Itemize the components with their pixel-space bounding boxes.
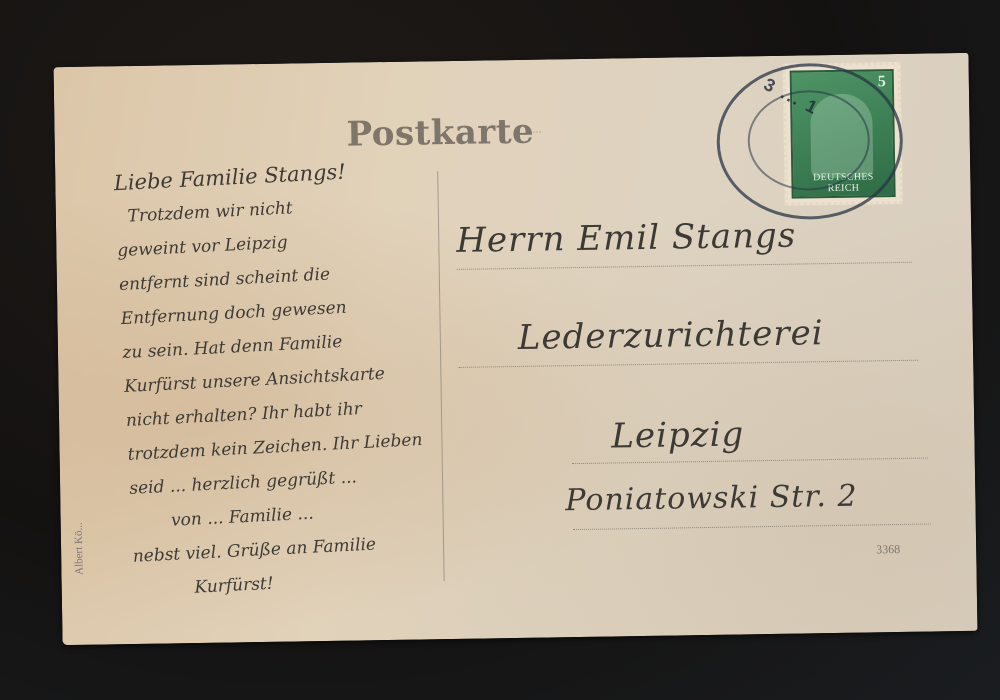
address-line-4 — [573, 523, 931, 530]
address-city: Leipzig — [611, 414, 745, 456]
serial-number: 3368 — [876, 542, 900, 557]
postcard-title: Postkarte — [346, 112, 534, 155]
address-line-2 — [458, 360, 918, 368]
handwritten-message: Liebe Familie Stangs! Trotzdem wir nicht… — [113, 151, 430, 607]
message-address-divider — [437, 171, 444, 581]
address-recipient: Herrn Emil Stangs — [456, 216, 797, 261]
postcard: Postkarte ... Albert Kö... Liebe Familie… — [54, 53, 978, 645]
address-line-1 — [457, 262, 912, 270]
address-street: Poniatowski Str. 2 — [565, 479, 858, 519]
publisher-imprint: Albert Kö... — [73, 522, 86, 575]
faint-imprint: ... — [532, 122, 541, 137]
address-occupation: Lederzurichterei — [518, 313, 824, 358]
address-line-3 — [572, 458, 928, 465]
